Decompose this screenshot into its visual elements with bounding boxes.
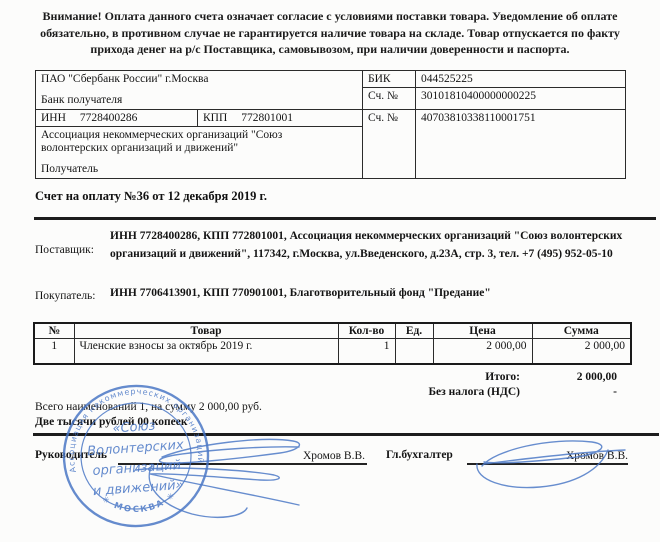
col-product: Товар [74, 323, 338, 339]
accountant-name: Хромов В.В. [520, 450, 628, 462]
stamp-city-text: ✳ МОСКВА ✳ [99, 489, 179, 517]
supplier-value: ИНН 7728400286, КПП 772801001, Ассоциаци… [110, 228, 628, 263]
director-label: Руководитель [35, 449, 107, 461]
item-price: 2 000,00 [433, 339, 532, 364]
bik-value-cell: 044525225 [415, 70, 626, 88]
item-number: 1 [34, 339, 74, 364]
table-row: 1 Членские взносы за октябрь 2019 г. 1 2… [34, 339, 631, 364]
item-unit [395, 339, 433, 364]
supplier-label: Поставщик: [35, 244, 94, 256]
corr-account-label-cell: Сч. № [362, 87, 416, 110]
divider-top [34, 217, 656, 220]
stamp-center-line-4: и движений» [92, 478, 184, 499]
inn-cell: ИНН7728400286 [35, 109, 198, 127]
director-ink-tail [149, 465, 247, 517]
invoice-title: Счет на оплату №36 от 12 декабря 2019 г. [35, 189, 267, 204]
accountant-label: Гл.бухгалтер [386, 449, 453, 461]
corr-account-value-cell: 30101810400000000225 [415, 87, 626, 110]
account-value-cell: 40703810338110001751 [415, 109, 626, 179]
recipient-label: Получатель [41, 163, 98, 176]
col-price: Цена [433, 323, 532, 339]
inn-label: ИНН [41, 112, 66, 124]
account-label-cell: Сч. № [362, 109, 416, 179]
buyer-label: Покупатель: [35, 290, 96, 302]
tax-value: - [477, 386, 617, 398]
amount-in-words: Две тысячи рублей 00 копеек [35, 416, 187, 428]
buyer-value: ИНН 7706413901, КПП 770901001, Благотвор… [110, 285, 628, 303]
payment-notice: Внимание! Оплата данного счета означает … [30, 8, 630, 58]
stamp-center-line-3: организаций [92, 458, 181, 479]
items-count-line: Всего наименований 1, на сумму 2 000,00 … [35, 401, 262, 413]
invoice-document: Внимание! Оплата данного счета означает … [0, 0, 660, 542]
total-value: 2 000,00 [477, 371, 617, 383]
director-name: Хромов В.В. [255, 450, 365, 462]
kpp-value: 772801001 [241, 112, 293, 124]
item-product: Членские взносы за октябрь 2019 г. [74, 339, 338, 364]
inn-value: 7728400286 [80, 112, 138, 124]
recipient-name: Ассоциация некоммерческих организаций "С… [41, 129, 341, 155]
divider-bottom [33, 433, 659, 436]
director-signature-line [118, 463, 367, 465]
kpp-cell: КПП772801001 [197, 109, 363, 127]
col-number: № [34, 323, 74, 339]
kpp-label: КПП [203, 112, 227, 124]
recipient-cell: Ассоциация некоммерческих организаций "С… [35, 126, 363, 179]
accountant-signature-line [467, 463, 628, 465]
items-header-row: № Товар Кол-во Ед. Цена Сумма [34, 323, 631, 339]
director-ink-flourish [136, 468, 299, 505]
svg-text:✳ МОСКВА ✳: ✳ МОСКВА ✳ [99, 489, 179, 517]
col-unit: Ед. [395, 323, 433, 339]
items-table: № Товар Кол-во Ед. Цена Сумма 1 Членские… [33, 322, 632, 365]
item-qty: 1 [338, 339, 395, 364]
item-sum: 2 000,00 [532, 339, 631, 364]
col-sum: Сумма [532, 323, 631, 339]
col-qty: Кол-во [338, 323, 395, 339]
bank-name: ПАО "Сбербанк России" г.Москва [41, 73, 357, 86]
bank-label: Банк получателя [41, 94, 122, 107]
bik-label-cell: БИК [362, 70, 416, 88]
bank-name-cell: ПАО "Сбербанк России" г.Москва Банк полу… [35, 70, 363, 110]
